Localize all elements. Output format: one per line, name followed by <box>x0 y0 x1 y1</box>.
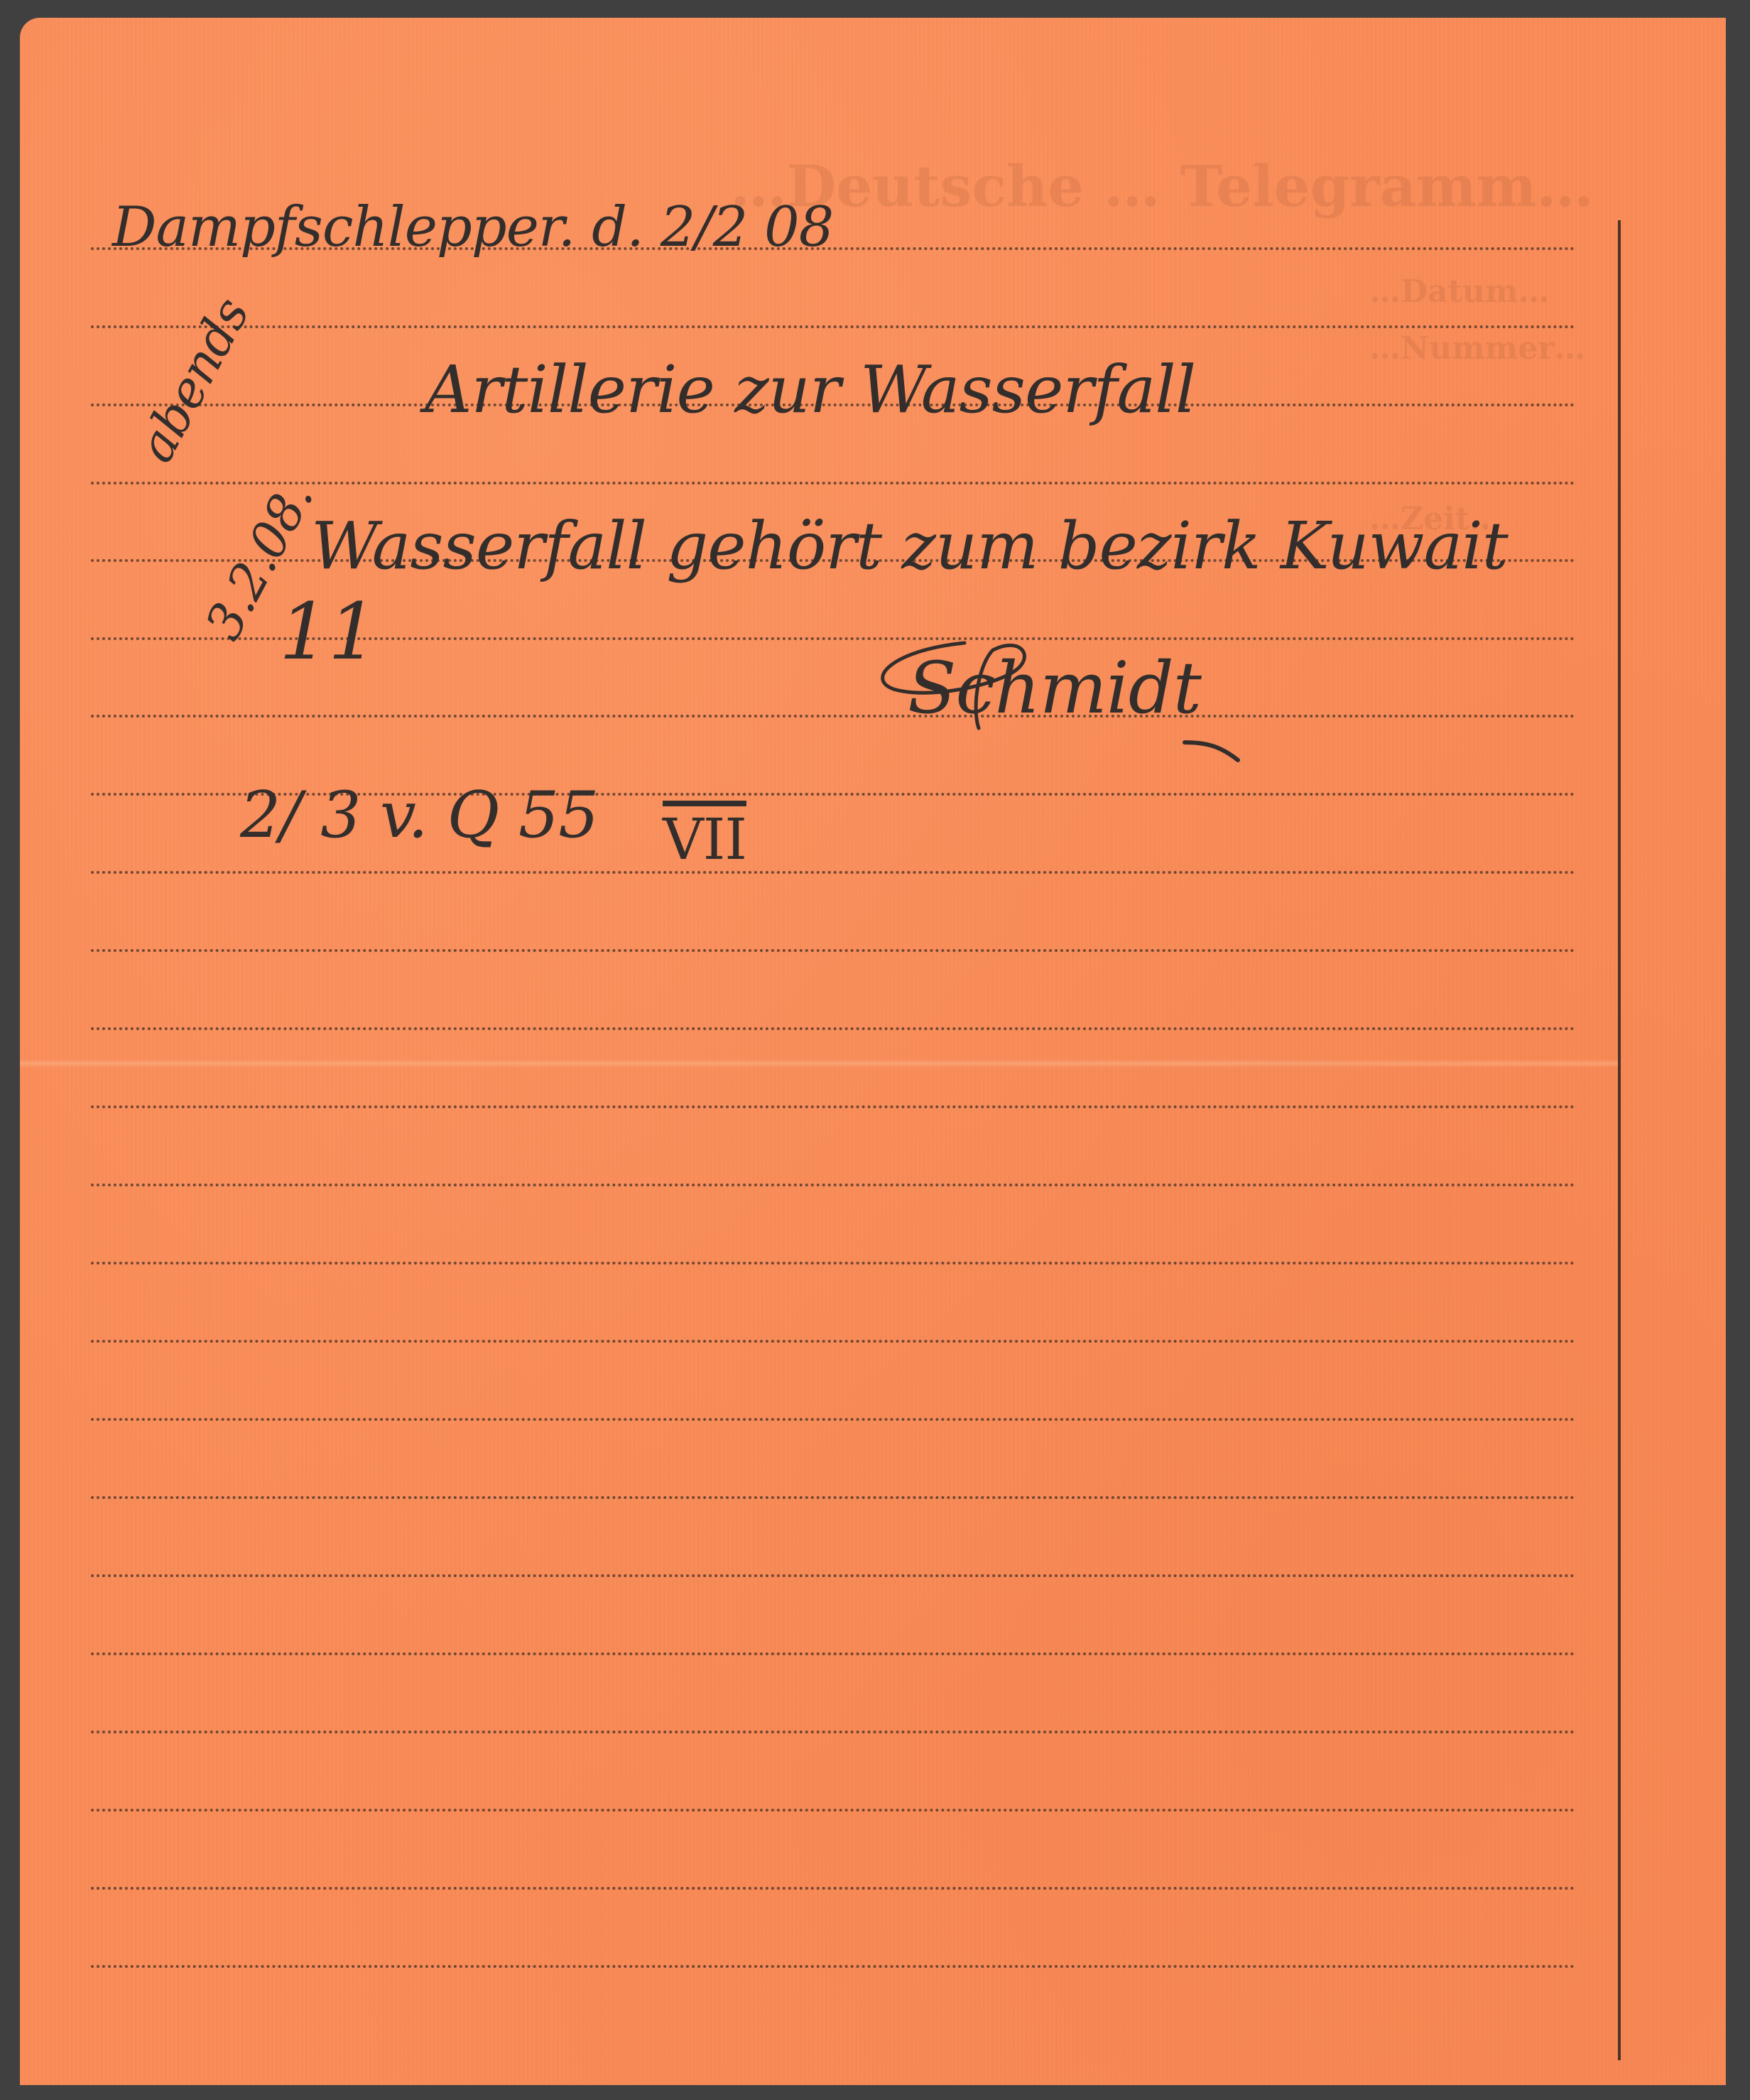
margin-note-number: 11 <box>279 586 377 677</box>
dotted-line <box>91 1262 1575 1265</box>
dotted-line <box>91 1184 1575 1186</box>
vertical-margin-rule <box>1618 220 1621 2060</box>
dotted-line <box>91 1105 1575 1108</box>
dotted-line <box>91 871 1575 874</box>
dotted-line <box>91 482 1575 485</box>
perforated-edge <box>1719 18 1733 2085</box>
margin-note-abends: abends <box>126 288 261 471</box>
dotted-line <box>91 1809 1575 1812</box>
dotted-line <box>91 715 1575 718</box>
dotted-line <box>91 325 1575 328</box>
telegram-form-card: …Deutsche … Telegramm… …Datum… …Nummer… … <box>20 18 1726 2085</box>
dotted-line <box>91 1496 1575 1499</box>
dotted-line <box>91 949 1575 952</box>
bleed-through-side-2: …Nummer… <box>1369 330 1586 367</box>
dotted-line <box>91 1574 1575 1577</box>
dotted-line <box>91 1340 1575 1343</box>
message-line-1: Artillerie zur Wasserfall <box>425 352 1195 428</box>
dotted-line <box>91 1652 1575 1655</box>
dotted-line <box>91 1418 1575 1421</box>
footer-reference: 2/ 3 v. Q 55 <box>240 778 598 853</box>
handwritten-header-date: Dampfschlepper. d. 2/2 08 <box>112 195 833 259</box>
bleed-through-side-1: …Datum… <box>1369 274 1550 310</box>
signature-flourish <box>851 629 1249 771</box>
dotted-line <box>91 1887 1575 1890</box>
dotted-line <box>91 1965 1575 1968</box>
footer-roman-numeral: VII <box>663 806 746 872</box>
dotted-line <box>91 1731 1575 1733</box>
dotted-line <box>91 1027 1575 1030</box>
paper-fold-crease <box>20 1059 1618 1068</box>
bleed-through-header: …Deutsche … Telegramm… <box>730 153 1594 220</box>
message-line-2: Wasserfall gehört zum bezirk Kuwait <box>311 508 1508 584</box>
